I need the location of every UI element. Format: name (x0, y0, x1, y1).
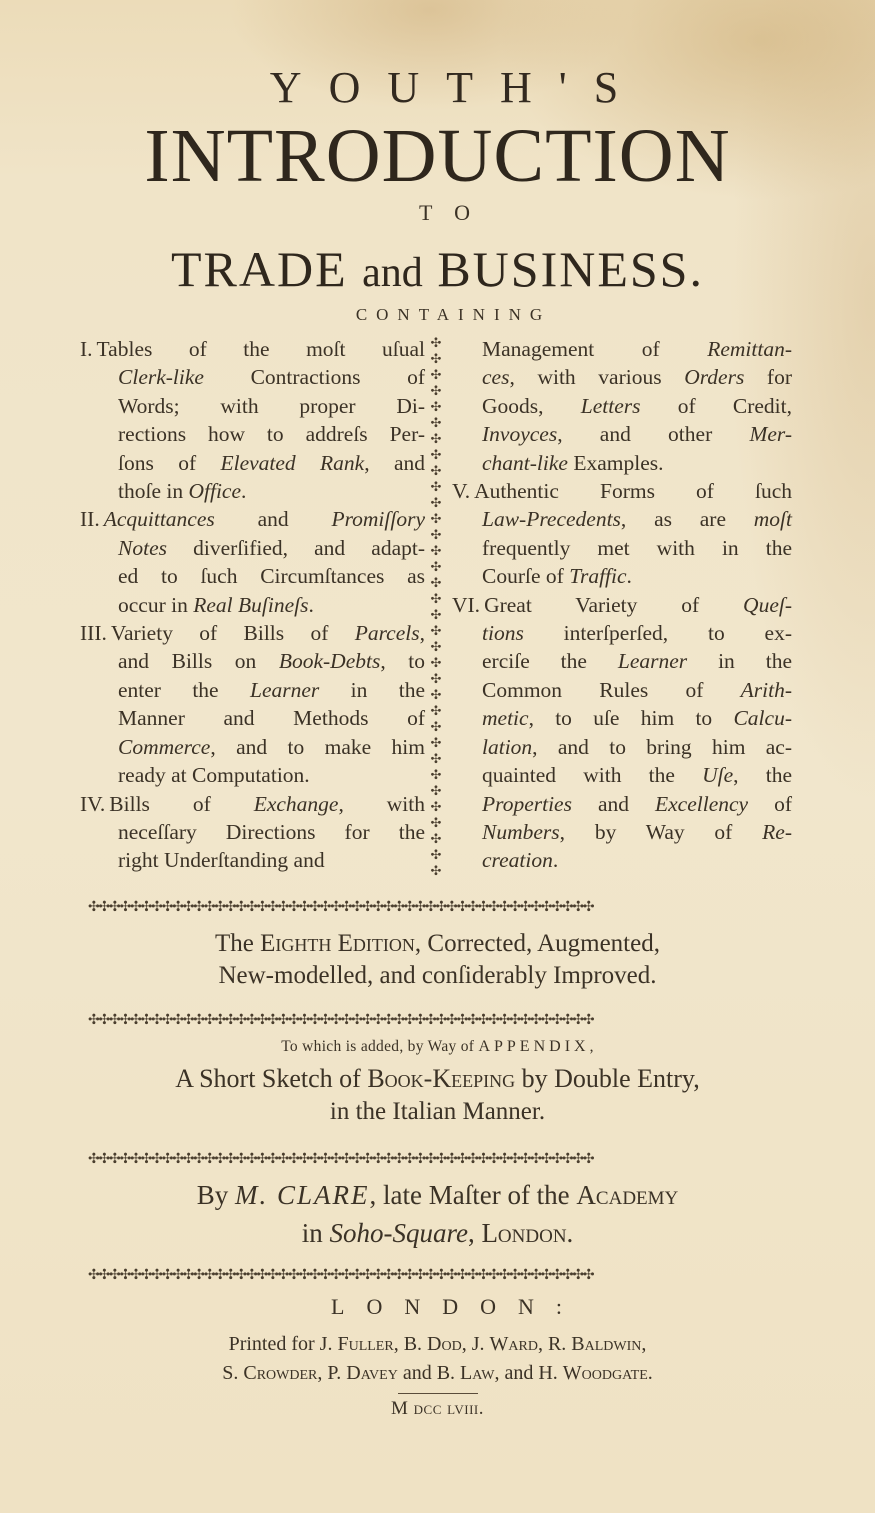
italic-term: ces (482, 365, 509, 389)
printer-name: Ward (490, 1333, 538, 1355)
author-text: in (302, 1218, 330, 1248)
imprint-text: . (648, 1362, 653, 1384)
italic-term: Traffic (569, 564, 626, 588)
imprint-text: , B. (394, 1333, 427, 1355)
edition-text: The (215, 930, 260, 957)
text-run: ed to ſuch Circumſtances as (118, 564, 425, 588)
italic-term: Notes (118, 536, 167, 560)
title-page: YOUTH'S INTRODUCTION TO TRADE and BUSINE… (0, 0, 875, 1513)
contents-line: Properties and Excellency of (452, 790, 792, 818)
text-run: Bills of (109, 792, 253, 816)
italic-term: Real Buſineſs (193, 593, 308, 617)
item-numeral: III. (80, 619, 107, 647)
text-run: frequently met with in the (482, 536, 792, 560)
text-run: . (553, 848, 558, 872)
text-run: right Underſtanding and (118, 848, 325, 872)
text-run: . (627, 564, 632, 588)
title-business: BUSINESS. (437, 241, 704, 297)
italic-term: Learner (618, 649, 687, 673)
text-run: of (748, 792, 792, 816)
title-and: and (362, 250, 423, 296)
title-trade: TRADE (171, 241, 348, 297)
text-run: , and (364, 451, 425, 475)
ornament-rule-2: ✣✣✣✣✣✣✣✣✣✣✣✣✣✣✣✣✣✣✣✣✣✣✣✣✣✣✣✣✣✣✣✣✣✣✣✣✣✣✣✣… (88, 1013, 793, 1029)
italic-term: Law-Precedents (482, 507, 621, 531)
imprint-date: M dcc lviii. (0, 1398, 875, 1420)
imprint-text: Printed for J. (229, 1333, 338, 1355)
contents-line: Invoyces, and other Mer- (452, 420, 792, 448)
item-numeral: I. (80, 335, 93, 363)
text-run: Great Variety of (484, 593, 743, 617)
contents-line: ces, with various Orders for (452, 363, 792, 391)
italic-term: Mer- (749, 422, 792, 446)
date-rest: dcc lviii. (414, 1398, 484, 1419)
text-run: , and to bring him ac- (532, 735, 792, 759)
text-run: thoſe in (118, 479, 188, 503)
appendix-intro: To which is added, by Way of APPENDIX, (0, 1038, 875, 1056)
ornament-rule-1: ✣✣✣✣✣✣✣✣✣✣✣✣✣✣✣✣✣✣✣✣✣✣✣✣✣✣✣✣✣✣✣✣✣✣✣✣✣✣✣✣… (88, 900, 793, 916)
contents-line: lation, and to bring him ac- (452, 733, 792, 761)
imprint-text: , R. (538, 1333, 571, 1355)
author-line-2: in Soho-Square, London. (0, 1218, 875, 1249)
text-run: , with (338, 792, 425, 816)
italic-term: Office (188, 479, 241, 503)
italic-term: Learner (250, 678, 319, 702)
contents-line: enter the Learner in the (80, 676, 425, 704)
title-youths: YOUTH'S (0, 62, 875, 113)
author-line-1: By M. CLARE, late Maſter of the Academy (0, 1180, 875, 1211)
contents-line: chant-like Examples. (452, 449, 792, 477)
contents-line: occur in Real Buſineſs. (80, 591, 425, 619)
item-numeral: IV. (80, 790, 105, 818)
text-run: and (215, 507, 332, 531)
edition-line-2: New-modelled, and conſiderably Improved. (0, 962, 875, 990)
text-run: Authentic Forms of ſuch (474, 479, 792, 503)
contents-line: and Bills on Book-Debts, to (80, 647, 425, 675)
printer-name: Baldwin (571, 1333, 641, 1355)
contents-line: II. Acquittances and Promiſſory (80, 505, 425, 533)
title-introduction: INTRODUCTION (0, 118, 875, 194)
contents-item: II. Acquittances and PromiſſoryNotes div… (80, 505, 425, 619)
contents-line: ed to ſuch Circumſtances as (80, 562, 425, 590)
appendix-text: To which is added, by Way of (281, 1038, 478, 1055)
text-run: interſperſed, to ex- (524, 621, 792, 645)
contents-line: IV. Bills of Exchange, with (80, 790, 425, 818)
contents-line: ſons of Elevated Rank, and (80, 449, 425, 477)
text-run: Manner and Methods of (118, 706, 425, 730)
text-run: Examples. (568, 451, 664, 475)
text-run: occur in (118, 593, 193, 617)
imprint-text: , and H. (494, 1362, 562, 1384)
ornament-rule-3: ✣✣✣✣✣✣✣✣✣✣✣✣✣✣✣✣✣✣✣✣✣✣✣✣✣✣✣✣✣✣✣✣✣✣✣✣✣✣✣✣… (88, 1152, 793, 1168)
vertical-ornament-rule: ✣✣✣✣✣✣✣✣✣✣✣✣✣✣✣✣✣✣✣✣✣✣✣✣✣✣✣✣✣✣✣✣✣✣ (428, 335, 444, 880)
text-run: and Bills on (118, 649, 279, 673)
italic-term: Letters (581, 394, 641, 418)
contents-line: V. Authentic Forms of ſuch (452, 477, 792, 505)
author-academy: Academy (576, 1180, 678, 1210)
italic-term: Excellency (655, 792, 748, 816)
text-run: for (744, 365, 792, 389)
contents-line: III. Variety of Bills of Parcels, (80, 619, 425, 647)
italic-term: Uſe (702, 763, 733, 787)
appendix-word: APPENDIX (478, 1038, 589, 1055)
italic-term: Book-Debts (279, 649, 381, 673)
text-run: Courſe of (482, 564, 569, 588)
italic-term: Acquittances (104, 507, 215, 531)
contents-line: frequently met with in the (452, 534, 792, 562)
contents-line: right Underſtanding and (80, 846, 425, 874)
text-run: and (572, 792, 655, 816)
contents-line: Courſe of Traffic. (452, 562, 792, 590)
contents-item: VI. Great Variety of Queſ-tions interſpe… (452, 591, 792, 875)
item-numeral: V. (452, 477, 470, 505)
text-run: Words; with proper Di- (118, 394, 425, 418)
printer-name: Dod (427, 1333, 462, 1355)
contents-line: neceſſary Directions for the (80, 818, 425, 846)
contents-line: ready at Computation. (80, 761, 425, 789)
italic-term: tions (482, 621, 524, 645)
imprint-text: S. (222, 1362, 243, 1384)
italic-term: moſt (754, 507, 792, 531)
text-run: , with various (509, 365, 684, 389)
text-run: quainted with the (482, 763, 702, 787)
appendix-text: , (590, 1038, 594, 1055)
text-run: . (241, 479, 246, 503)
author-name: M. CLARE (235, 1180, 370, 1210)
containing-heading: CONTAINING (0, 305, 875, 325)
bookkeeping-line-1: A Short Sketch of Book-Keeping by Double… (0, 1064, 875, 1094)
text-run: . (308, 593, 313, 617)
text-run: Goods, (482, 394, 581, 418)
imprint-printers-line-1: Printed for J. Fuller, B. Dod, J. Ward, … (0, 1333, 875, 1356)
text-run: , and other (557, 422, 749, 446)
text-run: rections how to addreſs Per- (118, 422, 425, 446)
text-run: , and to make him (210, 735, 425, 759)
contents-line: erciſe the Learner in the (452, 647, 792, 675)
imprint-text: , P. (317, 1362, 346, 1384)
contents-line: Notes diverſified, and adapt- (80, 534, 425, 562)
date-m: M (391, 1398, 408, 1419)
text-run: ready at Computation. (118, 763, 310, 787)
text-run: , (420, 621, 425, 645)
contents-right-column: Management of Remittan-ces, with various… (452, 335, 792, 875)
text-run: enter the (118, 678, 250, 702)
imprint-text: and B. (398, 1362, 460, 1384)
author-by: By (197, 1180, 235, 1210)
contents-line: rections how to addreſs Per- (80, 420, 425, 448)
italic-term: chant-like (482, 451, 568, 475)
printer-name: Woodgate (563, 1362, 648, 1384)
contents-line: creation. (452, 846, 792, 874)
author-text: , late Maſter of the (370, 1180, 577, 1210)
imprint-text: , J. (462, 1333, 490, 1355)
contents-line: Numbers, by Way of Re- (452, 818, 792, 846)
contents-line: thoſe in Office. (80, 477, 425, 505)
text-run: Tables of the moſt uſual (97, 337, 425, 361)
contents-line: Commerce, and to make him (80, 733, 425, 761)
text-run: Management of (482, 337, 707, 361)
contents-line: I. Tables of the moſt uſual (80, 335, 425, 363)
edition-number: Eighth Edition (260, 930, 415, 957)
edition-line-1: The Eighth Edition, Corrected, Augmented… (0, 930, 875, 958)
italic-term: metic (482, 706, 529, 730)
contents-line: Law-Precedents, as are moſt (452, 505, 792, 533)
text-run: of Credit, (641, 394, 793, 418)
contents-line: Goods, Letters of Credit, (452, 392, 792, 420)
contents-line: Words; with proper Di- (80, 392, 425, 420)
text-run: Contractions of (204, 365, 425, 389)
italic-term: Elevated Rank (220, 451, 364, 475)
imprint-text: , (641, 1333, 646, 1355)
edition-text: , Corrected, Augmented, (415, 930, 660, 957)
contents-line: quainted with the Uſe, the (452, 761, 792, 789)
item-numeral: VI. (452, 591, 480, 619)
bookkeeping-term: Book-Keeping (367, 1064, 515, 1093)
text-run: Variety of Bills of (111, 621, 355, 645)
text-run: in the (687, 649, 792, 673)
italic-term: Promiſſory (331, 507, 425, 531)
contents-left-column: I. Tables of the moſt uſualClerk-like Co… (80, 335, 425, 875)
text-run: , by Way of (560, 820, 763, 844)
date-divider (398, 1393, 478, 1394)
text-run: diverſified, and adapt- (167, 536, 425, 560)
ornament-rule-4: ✣✣✣✣✣✣✣✣✣✣✣✣✣✣✣✣✣✣✣✣✣✣✣✣✣✣✣✣✣✣✣✣✣✣✣✣✣✣✣✣… (88, 1268, 793, 1284)
italic-term: Exchange (254, 792, 339, 816)
text-run: neceſſary Directions for the (118, 820, 425, 844)
text-run: , to uſe him to (529, 706, 734, 730)
italic-term: Commerce (118, 735, 210, 759)
title-trade-and-business: TRADE and BUSINESS. (0, 240, 875, 298)
imprint-city: LONDON: (0, 1294, 875, 1320)
printer-name: Law (460, 1362, 494, 1384)
text-run: ſons of (118, 451, 220, 475)
contents-line: Common Rules of Arith- (452, 676, 792, 704)
contents-item: V. Authentic Forms of ſuchLaw-Precedents… (452, 477, 792, 591)
contents-line: Clerk-like Contractions of (80, 363, 425, 391)
italic-term: creation (482, 848, 553, 872)
printer-name: Crowder (243, 1362, 317, 1384)
text-run: , as are (621, 507, 754, 531)
item-numeral: II. (80, 505, 100, 533)
contents-line: Manner and Methods of (80, 704, 425, 732)
italic-term: Numbers (482, 820, 560, 844)
contents-item: IV. Bills of Exchange, withneceſſary Dir… (80, 790, 425, 875)
printer-name: Davey (346, 1362, 398, 1384)
italic-term: Re- (762, 820, 792, 844)
italic-term: Orders (684, 365, 744, 389)
text-run: in the (319, 678, 425, 702)
italic-term: Parcels (355, 621, 420, 645)
printer-name: Fuller (337, 1333, 393, 1355)
text-run: erciſe the (482, 649, 618, 673)
contents-line: metic, to uſe him to Calcu- (452, 704, 792, 732)
contents-line: VI. Great Variety of Queſ- (452, 591, 792, 619)
text-run: , to (380, 649, 425, 673)
contents-line: tions interſperſed, to ex- (452, 619, 792, 647)
italic-term: Clerk-like (118, 365, 204, 389)
italic-term: Queſ- (743, 593, 792, 617)
italic-term: Properties (482, 792, 572, 816)
bookkeeping-text: by Double Entry, (515, 1064, 700, 1093)
author-city: London. (481, 1218, 573, 1248)
text-run: Common Rules of (482, 678, 741, 702)
author-text: , (468, 1218, 482, 1248)
bookkeeping-text: A Short Sketch of (175, 1064, 367, 1093)
bookkeeping-line-2: in the Italian Manner. (0, 1098, 875, 1126)
italic-term: Remittan- (707, 337, 792, 361)
title-to: TO (0, 200, 875, 226)
italic-term: lation (482, 735, 532, 759)
imprint-printers-line-2: S. Crowder, P. Davey and B. Law, and H. … (0, 1362, 875, 1385)
contents-line: Management of Remittan- (452, 335, 792, 363)
contents-item: I. Tables of the moſt uſualClerk-like Co… (80, 335, 425, 505)
italic-term: Calcu- (733, 706, 792, 730)
author-place: Soho-Square (329, 1218, 467, 1248)
contents-item: III. Variety of Bills of Parcels,and Bil… (80, 619, 425, 789)
text-run: , the (733, 763, 792, 787)
italic-term: Arith- (741, 678, 792, 702)
contents-item: Management of Remittan-ces, with various… (452, 335, 792, 477)
italic-term: Invoyces (482, 422, 557, 446)
